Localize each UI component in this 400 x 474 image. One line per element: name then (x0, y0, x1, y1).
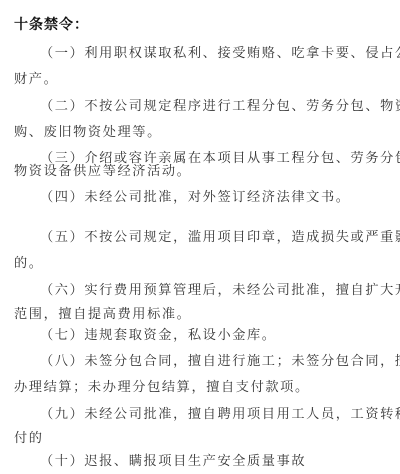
item-4-line-1: （四）未经公司批准，对外签订经济法律文书。 (40, 186, 351, 205)
document-title: 十条禁令： (14, 14, 89, 34)
item-5-line-2: 的。 (14, 252, 44, 271)
item-9-line-2: 付的 (14, 427, 44, 446)
item-7-line-1: （七）违规套取资金，私设小金库。 (40, 324, 277, 343)
document-page: 十条禁令： （一）利用职权谋取私利、接受贿赂、吃拿卡要、侵占公司 财产。 （二）… (0, 0, 400, 474)
item-9-line-1: （九）未经公司批准，擅自聘用项目用工人员，工资转移支 (40, 403, 400, 422)
item-6-line-2: 范围，擅自提高费用标准。 (14, 303, 191, 322)
item-2-line-1: （二）不按公司规定程序进行工程分包、劳务分包、物资采 (40, 95, 400, 114)
item-2-line-2: 购、废旧物资处理等。 (14, 121, 162, 140)
item-8-line-2: 办理结算；未办理分包结算，擅自支付款项。 (14, 376, 310, 395)
item-3-line-2: 物资设备供应等经济活动。 (14, 160, 191, 179)
item-5-line-1: （五）不按公司规定，滥用项目印章，造成损失或严重影响 (40, 226, 400, 245)
item-6-line-1: （六）实行费用预算管理后，未经公司批准，擅自扩大开支 (40, 279, 400, 298)
item-1-line-1: （一）利用职权谋取私利、接受贿赂、吃拿卡要、侵占公司 (40, 42, 400, 61)
item-1-line-2: 财产。 (14, 68, 58, 87)
item-8-line-1: （八）未签分包合同，擅自进行施工；未签分包合同，擅自 (40, 350, 400, 369)
item-10-line-1: （十）迟报、瞒报项目生产安全质量事故 (40, 450, 306, 469)
